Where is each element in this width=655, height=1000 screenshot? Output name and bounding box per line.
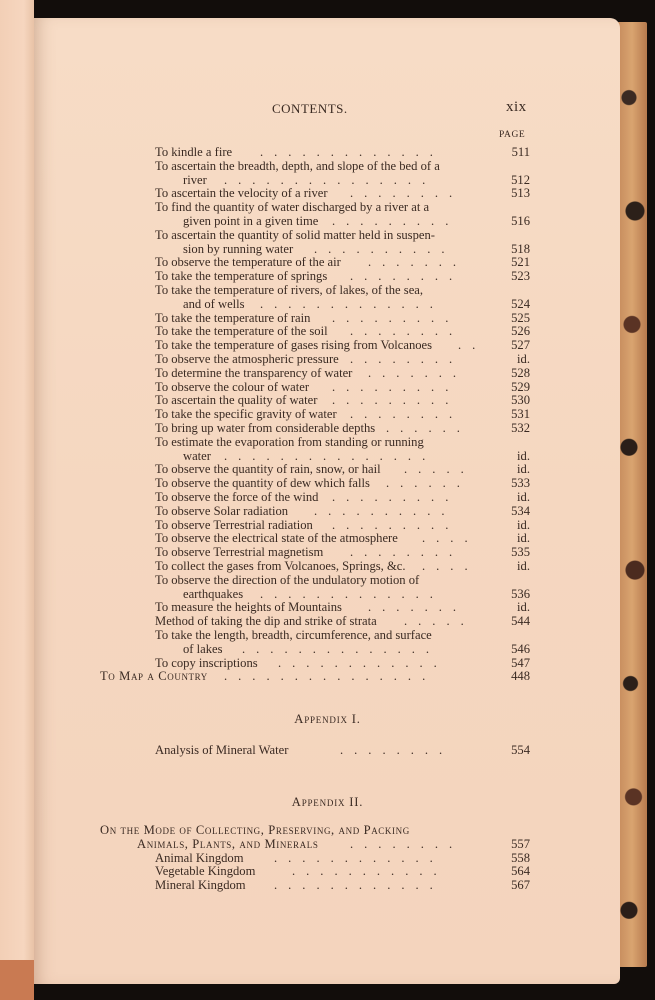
toc-entry-text: To observe the atmospheric pressure <box>155 353 339 366</box>
toc-page-number: id. <box>500 519 530 532</box>
toc-page-number: id. <box>500 532 530 545</box>
toc-entry-text: To ascertain the quality of water <box>155 394 317 407</box>
leader-dots: ....... <box>368 256 467 269</box>
cover-corner <box>0 960 34 1000</box>
leader-dots: ......... <box>332 394 459 407</box>
toc-section-title: To Map a Country <box>100 670 208 683</box>
running-head-title: CONTENTS. <box>272 101 348 117</box>
toc-page-number: 534 <box>500 505 530 518</box>
toc-page-number: 530 <box>500 394 530 407</box>
toc-entry-text: earthquakes <box>183 588 243 601</box>
toc-entry-text: To take the temperature of springs <box>155 270 327 283</box>
toc-page-number: 518 <box>500 243 530 256</box>
appendix-1-heading: Appendix I. <box>0 712 655 727</box>
toc-page-number: 544 <box>500 615 530 628</box>
previous-page-edge <box>0 0 34 1000</box>
leader-dots: ......... <box>332 381 459 394</box>
toc-page-number: 448 <box>500 670 530 683</box>
toc-entry-text: Animals, Plants, and Minerals <box>137 838 318 851</box>
toc-entry-text: of lakes <box>183 643 223 656</box>
leader-dots: ............. <box>260 588 444 601</box>
toc-entry-text: Vegetable Kingdom <box>155 865 255 878</box>
leader-dots: ....... <box>368 601 467 614</box>
leader-dots: ......... <box>332 519 459 532</box>
leader-dots: .. <box>458 339 486 352</box>
toc-page-number: 564 <box>500 865 530 878</box>
toc-page-number: id. <box>500 491 530 504</box>
toc-entry-text: sion by running water <box>183 243 293 256</box>
leader-dots: .......... <box>314 243 455 256</box>
leader-dots: ...... <box>386 477 471 490</box>
leader-dots: ............. <box>260 298 444 311</box>
marbled-book-edge <box>617 22 647 967</box>
toc-entry-text: To ascertain the breadth, depth, and slo… <box>155 160 440 173</box>
leader-dots: ............... <box>224 670 436 683</box>
toc-entry-text: To observe the quantity of rain, snow, o… <box>155 463 381 476</box>
toc-entry-text: To take the temperature of rivers, of la… <box>155 284 423 297</box>
toc-entry-text: To observe the colour of water <box>155 381 309 394</box>
toc-entry-text: To observe Terrestrial radiation <box>155 519 313 532</box>
toc-entry-text: To estimate the evaporation from standin… <box>155 436 424 449</box>
leader-dots: .... <box>422 560 479 573</box>
toc-page-number: 526 <box>500 325 530 338</box>
toc-page-number: 554 <box>500 744 530 757</box>
leader-dots: ........ <box>350 838 463 851</box>
toc-entry-text: To take the length, breadth, circumferen… <box>155 629 432 642</box>
toc-entry-text: To collect the gases from Volcanoes, Spr… <box>155 560 405 573</box>
toc-page-number: 523 <box>500 270 530 283</box>
toc-page-number: 535 <box>500 546 530 559</box>
toc-page-number: id. <box>500 560 530 573</box>
toc-page-number: 529 <box>500 381 530 394</box>
toc-entry-text: To ascertain the velocity of a river <box>155 187 328 200</box>
toc-page-number: 511 <box>500 146 530 159</box>
toc-entry-text: To determine the transparency of water <box>155 367 352 380</box>
toc-entry-text: To observe the temperature of the air <box>155 256 341 269</box>
leader-dots: ....... <box>368 367 467 380</box>
leader-dots: ............ <box>274 879 444 892</box>
toc-entry-text: On the Mode of Collecting, Preserving, a… <box>100 824 410 837</box>
toc-page-number: id. <box>500 463 530 476</box>
appendix-2-heading: Appendix II. <box>0 795 655 810</box>
toc-page-number: 513 <box>500 187 530 200</box>
leader-dots: ........ <box>350 408 463 421</box>
toc-entry-text: To take the temperature of gases rising … <box>155 339 432 352</box>
leader-dots: ........ <box>350 187 463 200</box>
toc-page-number: 557 <box>500 838 530 851</box>
leader-dots: ......... <box>332 312 459 325</box>
page-folio: xix <box>506 99 527 116</box>
toc-entry-text: To take the temperature of rain <box>155 312 310 325</box>
toc-entry-text: given point in a given time <box>183 215 318 228</box>
leader-dots: ......... <box>332 491 459 504</box>
toc-page-number: 512 <box>500 174 530 187</box>
toc-entry-text: To find the quantity of water discharged… <box>155 201 429 214</box>
leader-dots: ..... <box>404 463 475 476</box>
toc-entry-text: Analysis of Mineral Water <box>155 744 288 757</box>
toc-page-number: id. <box>500 450 530 463</box>
toc-page-number: 536 <box>500 588 530 601</box>
toc-page-number: 521 <box>500 256 530 269</box>
toc-page-number: 558 <box>500 852 530 865</box>
leader-dots: ...... <box>386 422 471 435</box>
toc-page-number: 532 <box>500 422 530 435</box>
leader-dots: .... <box>422 532 479 545</box>
leader-dots: ............... <box>224 450 436 463</box>
toc-entry-text: To observe the force of the wind <box>155 491 318 504</box>
toc-entry-text: To kindle a fire <box>155 146 232 159</box>
leader-dots: ............... <box>224 174 436 187</box>
leader-dots: ........... <box>292 865 448 878</box>
page-column-label: PAGE <box>499 130 525 140</box>
toc-page-number: 524 <box>500 298 530 311</box>
toc-entry-text: Animal Kingdom <box>155 852 244 865</box>
leader-dots: .............. <box>242 643 440 656</box>
leader-dots: ........ <box>350 353 463 366</box>
toc-entry-text: Mineral Kingdom <box>155 879 246 892</box>
leader-dots: ......... <box>332 215 459 228</box>
toc-page-number: 533 <box>500 477 530 490</box>
toc-page-number: 547 <box>500 657 530 670</box>
leader-dots: ........ <box>350 325 463 338</box>
leader-dots: ........ <box>350 270 463 283</box>
leader-dots: .......... <box>314 505 455 518</box>
toc-entry-text: To observe Solar radiation <box>155 505 288 518</box>
leader-dots: ............. <box>260 146 444 159</box>
toc-entry-text: To take the temperature of the soil <box>155 325 328 338</box>
leader-dots: ............ <box>278 657 448 670</box>
toc-page-number: 525 <box>500 312 530 325</box>
toc-entry-text: Method of taking the dip and strike of s… <box>155 615 377 628</box>
toc-entry-text: To observe the quantity of dew which fal… <box>155 477 370 490</box>
toc-entry-text: To ascertain the quantity of solid matte… <box>155 229 435 242</box>
toc-page-number: id. <box>500 353 530 366</box>
toc-entry-text: and of wells <box>183 298 245 311</box>
toc-entry-text: To observe the electrical state of the a… <box>155 532 398 545</box>
toc-page-number: id. <box>500 601 530 614</box>
toc-entry-text: river <box>183 174 207 187</box>
toc-entry-text: To observe Terrestrial magnetism <box>155 546 323 559</box>
toc-entry-text: water <box>183 450 211 463</box>
toc-page-number: 546 <box>500 643 530 656</box>
toc-page-number: 528 <box>500 367 530 380</box>
toc-page-number: 516 <box>500 215 530 228</box>
toc-page-number: 567 <box>500 879 530 892</box>
toc-entry-text: To bring up water from considerable dept… <box>155 422 375 435</box>
leader-dots: ........ <box>350 546 463 559</box>
toc-entry-text: To copy inscriptions <box>155 657 258 670</box>
toc-page-number: 527 <box>500 339 530 352</box>
leader-dots: ............ <box>274 852 444 865</box>
toc-entry-text: To observe the direction of the undulato… <box>155 574 419 587</box>
toc-entry-text: To measure the heights of Mountains <box>155 601 342 614</box>
toc-entry-text: To take the specific gravity of water <box>155 408 337 421</box>
leader-dots: ..... <box>404 615 475 628</box>
toc-page-number: 531 <box>500 408 530 421</box>
leader-dots: ........ <box>340 744 453 757</box>
